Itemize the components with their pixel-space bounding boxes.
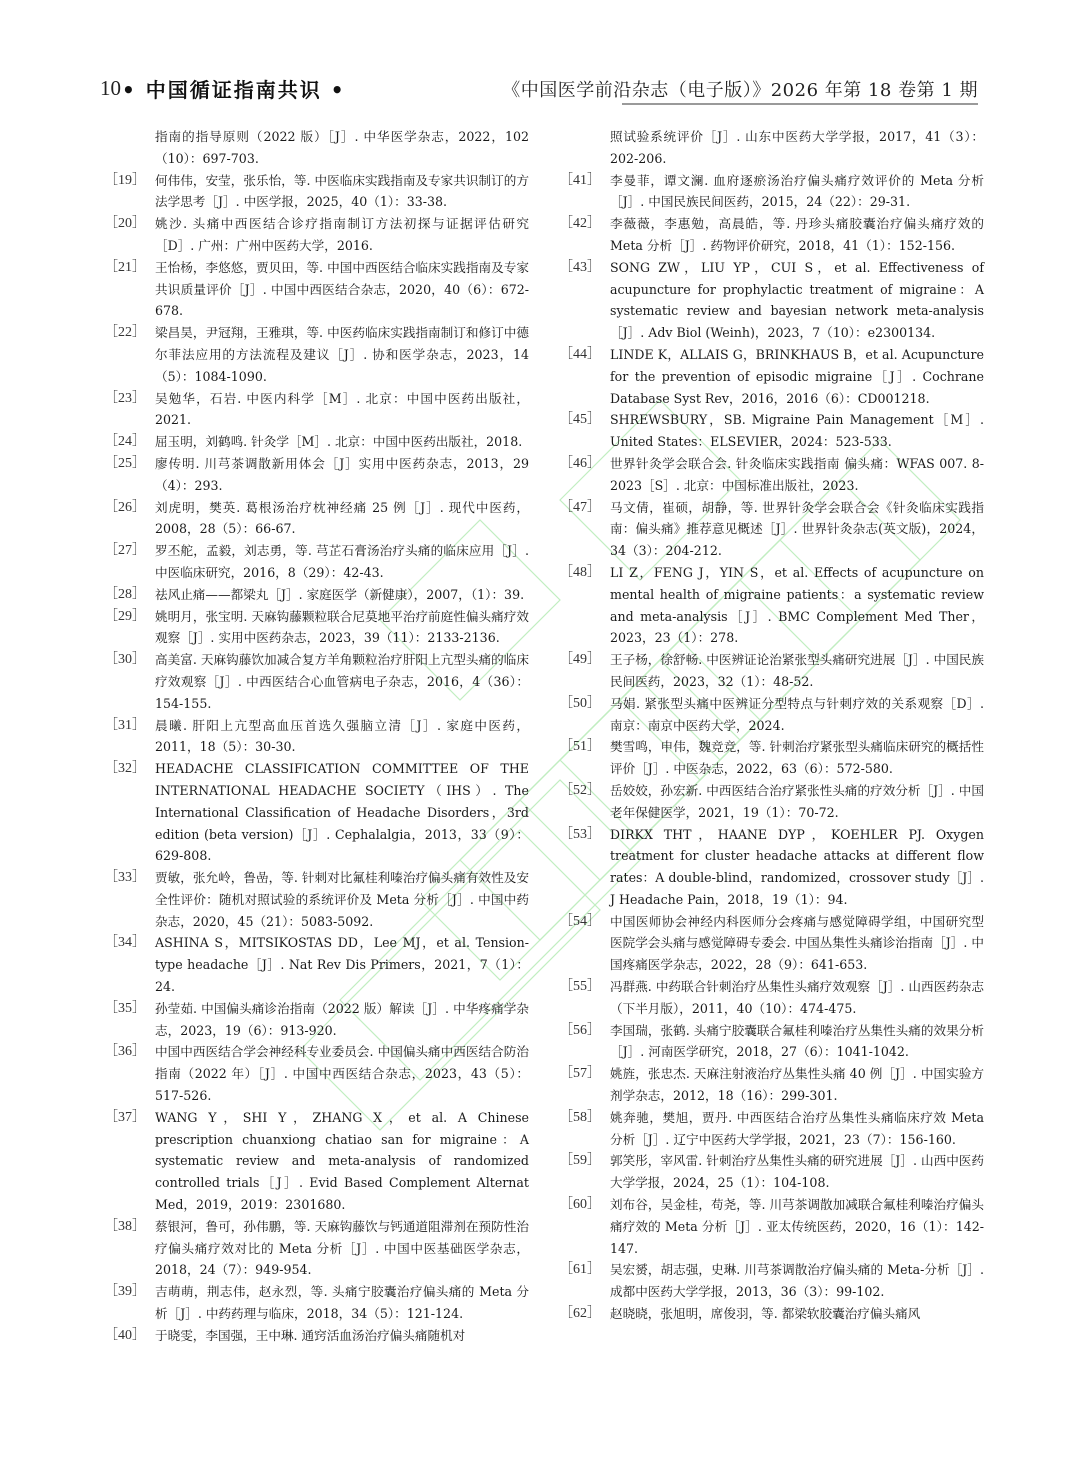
reference-entry: ［40］于晓雯，李国强，王中琳. 通窍活血汤治疗偏头痛随机对	[104, 1325, 529, 1347]
reference-text: HEADACHE CLASSIFICATION COMMITTEE OF THE…	[155, 758, 529, 867]
reference-text: 吉萌萌，荆志伟，赵永烈，等. 头痛宁胶囊治疗偏头痛的 Meta 分析［J］. 中…	[155, 1281, 529, 1325]
reference-number: ［55］	[559, 976, 601, 998]
reference-text: 贾敏，张允岭，鲁嵒，等. 针刺对比氟桂利嗪治疗偏头痛有效性及安全性评价：随机对照…	[155, 867, 529, 932]
reference-text: LI Z，FENG J，YIN S，et al. Effects of acup…	[610, 562, 984, 649]
reference-text: 罗丕舵，孟毅，刘志勇，等. 芎芷石膏汤治疗头痛的临床应用［J］. 中医临床研究，…	[155, 540, 529, 584]
reference-entry: ［53］DIRKX THT，HAANE DYP，KOEHLER PJ. Oxyg…	[559, 824, 984, 911]
reference-number: ［31］	[104, 715, 146, 737]
header-rule	[622, 103, 978, 105]
reference-entry: ［29］姚明月，张宝明. 天麻钩藤颗粒联合尼莫地平治疗前庭性偏头痛疗效观察［J］…	[104, 606, 529, 650]
reference-text: 刘虎明，樊英. 葛根汤治疗枕神经痛 25 例［J］. 现代中医药，2008，28…	[155, 497, 529, 541]
reference-entry: ［34］ASHINA S，MITSIKOSTAS DD，Lee MJ，et al…	[104, 932, 529, 997]
reference-entry: ［33］贾敏，张允岭，鲁嵒，等. 针刺对比氟桂利嗪治疗偏头痛有效性及安全性评价：…	[104, 867, 529, 932]
reference-number: ［48］	[559, 562, 601, 584]
reference-entry: ［51］樊雪鸣，申伟，魏竞竞，等. 针刺治疗紧张型头痛临床研究的概括性评价［J］…	[559, 736, 984, 780]
reference-continuation: 指南的指导原则（2022 版）［J］. 中华医学杂志，2022，102（10）：…	[104, 126, 529, 170]
reference-number: ［53］	[559, 824, 601, 846]
reference-number: ［43］	[559, 257, 601, 279]
reference-number: ［52］	[559, 780, 601, 802]
reference-entry: ［21］王怡杨，李悠悠，贾贝田，等. 中国中西医结合临床实践指南及专家共识质量评…	[104, 257, 529, 322]
reference-text: 吴勉华，石岩. 中医内科学［M］. 北京：中国中医药出版社，2021.	[155, 388, 529, 432]
reference-number: ［60］	[559, 1194, 601, 1216]
reference-text: 李曼菲，谭文澜. 血府逐瘀汤治疗偏头痛疗效评价的 Meta 分析［J］. 中国民…	[610, 170, 984, 214]
reference-entry: ［24］屈玉明，刘鹤鸣. 针灸学［M］. 北京：中国中医药出版社，2018.	[104, 431, 529, 453]
reference-number: ［44］	[559, 344, 601, 366]
reference-entry: ［19］何伟伟，安莹，张乐怡，等. 中医临床实践指南及专家共识制订的方法学思考［…	[104, 170, 529, 214]
reference-entry: ［56］李国瑞，张鹤. 头痛宁胶囊联合氟桂利嗪治疗丛集性头痛的效果分析［J］. …	[559, 1020, 984, 1064]
reference-entry: ［30］高美富. 天麻钩藤饮加减合复方羊角颗粒治疗肝阳上亢型头痛的临床疗效观察［…	[104, 649, 529, 714]
reference-text: ASHINA S，MITSIKOSTAS DD，Lee MJ，et al. Te…	[155, 932, 529, 997]
reference-entry: ［39］吉萌萌，荆志伟，赵永烈，等. 头痛宁胶囊治疗偏头痛的 Meta 分析［J…	[104, 1281, 529, 1325]
references-right-column: 照试验系统评价［J］. 山东中医药大学学报，2017，41（3）：202-206…	[559, 126, 984, 1325]
reference-text: 李薇薇，李惠勉，高晨皓，等. 丹珍头痛胶囊治疗偏头痛疗效的 Meta 分析［J］…	[610, 213, 984, 257]
reference-entry: ［36］中国中西医结合学会神经科专业委员会. 中国偏头痛中西医结合防治指南（20…	[104, 1041, 529, 1106]
reference-number: ［58］	[559, 1107, 601, 1129]
page-header: 10 • 中国循证指南共识 • 《中国医学前沿杂志（电子版）》2026 年第 1…	[100, 74, 978, 104]
reference-text: 晨曦. 肝阳上亢型高血压首选久强脑立清［J］. 家庭中医药，2011，18（5）…	[155, 715, 529, 759]
reference-text: 王怡杨，李悠悠，贾贝田，等. 中国中西医结合临床实践指南及专家共识质量评价［J］…	[155, 257, 529, 322]
reference-number: ［62］	[559, 1303, 601, 1325]
reference-entry: ［54］中国医师协会神经内科医师分会疼痛与感觉障碍学组，中国研究型医院学会头痛与…	[559, 911, 984, 976]
reference-number: ［40］	[104, 1325, 146, 1347]
reference-entry: ［49］王子杨，徐舒畅. 中医辨证论治紧张型头痛研究进展［J］. 中国民族民间医…	[559, 649, 984, 693]
reference-entry: ［25］廖传明. 川芎茶调散新用体会［J］实用中医药杂志，2013，29（4）：…	[104, 453, 529, 497]
reference-text: 岳姣姣，孙宏新. 中西医结合治疗紧张性头痛的疗效分析［J］. 中国老年保健医学，…	[610, 780, 984, 824]
reference-text: 姚沙. 头痛中西医结合诊疗指南制订方法初探与证据评估研究［D］. 广州：广州中医…	[155, 213, 529, 257]
reference-entry: ［52］岳姣姣，孙宏新. 中西医结合治疗紧张性头痛的疗效分析［J］. 中国老年保…	[559, 780, 984, 824]
reference-entry: ［22］梁昌昊，尹冠翔，王雅琪，等. 中医药临床实践指南制订和修订中德尔菲法应用…	[104, 322, 529, 387]
reference-number: ［38］	[104, 1216, 146, 1238]
section-title: • 中国循证指南共识 •	[122, 74, 346, 103]
reference-entry: ［38］蔡银河，鲁可，孙伟鹏，等. 天麻钩藤饮与钙通道阻滞剂在预防性治疗偏头痛疗…	[104, 1216, 529, 1281]
reference-text: 屈玉明，刘鹤鸣. 针灸学［M］. 北京：中国中医药出版社，2018.	[155, 431, 529, 453]
reference-text: DIRKX THT，HAANE DYP，KOEHLER PJ. Oxygen t…	[610, 824, 984, 911]
reference-number: ［54］	[559, 911, 601, 933]
reference-entry: ［59］郭笑彤，宰风雷. 针刺治疗丛集性头痛的研究进展［J］. 山西中医药大学学…	[559, 1150, 984, 1194]
page-number: 10	[100, 76, 121, 101]
reference-number: ［20］	[104, 213, 146, 235]
reference-entry: ［44］LINDE K，ALLAIS G，BRINKHAUS B，et al. …	[559, 344, 984, 409]
reference-entry: ［46］世界针灸学会联合会. 针灸临床实践指南 偏头痛：WFAS 007. 8-…	[559, 453, 984, 497]
reference-entry: ［26］刘虎明，樊英. 葛根汤治疗枕神经痛 25 例［J］. 现代中医药，200…	[104, 497, 529, 541]
reference-text: 何伟伟，安莹，张乐怡，等. 中医临床实践指南及专家共识制订的方法学思考［J］. …	[155, 170, 529, 214]
reference-number: ［27］	[104, 540, 146, 562]
reference-number: ［26］	[104, 497, 146, 519]
reference-entry: ［20］姚沙. 头痛中西医结合诊疗指南制订方法初探与证据评估研究［D］. 广州：…	[104, 213, 529, 257]
reference-text: 樊雪鸣，申伟，魏竞竞，等. 针刺治疗紧张型头痛临床研究的概括性评价［J］. 中医…	[610, 736, 984, 780]
reference-entry: ［37］WANG Y，SHI Y，ZHANG X，et al. A Chines…	[104, 1107, 529, 1216]
reference-text: SONG ZW，LIU YP，CUI S，et al. Effectivenes…	[610, 257, 984, 344]
reference-entry: ［42］李薇薇，李惠勉，高晨皓，等. 丹珍头痛胶囊治疗偏头痛疗效的 Meta 分…	[559, 213, 984, 257]
reference-number: ［30］	[104, 649, 146, 671]
reference-text: 照试验系统评价［J］. 山东中医药大学学报，2017，41（3）：202-206…	[610, 126, 984, 170]
reference-text: 马文倩，崔硕，胡静，等. 世界针灸学会联合会《针灸临床实践指南：偏头痛》推荐意见…	[610, 497, 984, 562]
reference-number: ［50］	[559, 693, 601, 715]
reference-text: 孙莹茹. 中国偏头痛诊治指南（2022 版）解读［J］. 中华疼痛学杂志，202…	[155, 998, 529, 1042]
reference-number: ［33］	[104, 867, 146, 889]
reference-entry: ［48］LI Z，FENG J，YIN S，et al. Effects of …	[559, 562, 984, 649]
reference-text: 姚奔驰，樊旭，贾丹. 中西医结合治疗丛集性头痛临床疗效 Meta 分析［J］. …	[610, 1107, 984, 1151]
reference-text: 刘布谷，吴金桂，苟尧，等. 川芎茶调散加减联合氟桂利嗪治疗偏头痛疗效的 Meta…	[610, 1194, 984, 1259]
reference-entry: ［41］李曼菲，谭文澜. 血府逐瘀汤治疗偏头痛疗效评价的 Meta 分析［J］.…	[559, 170, 984, 214]
reference-text: 姚明月，张宝明. 天麻钩藤颗粒联合尼莫地平治疗前庭性偏头痛疗效观察［J］. 实用…	[155, 606, 529, 650]
reference-text: SHREWSBURY，SB. Migraine Pain Management［…	[610, 409, 984, 453]
reference-entry: ［60］刘布谷，吴金桂，苟尧，等. 川芎茶调散加减联合氟桂利嗪治疗偏头痛疗效的 …	[559, 1194, 984, 1259]
reference-entry: ［27］罗丕舵，孟毅，刘志勇，等. 芎芷石膏汤治疗头痛的临床应用［J］. 中医临…	[104, 540, 529, 584]
reference-text: WANG Y，SHI Y，ZHANG X，et al. A Chinese pr…	[155, 1107, 529, 1216]
reference-entry: ［62］赵晓晓，张旭明，席俊羽，等. 都梁软胶囊治疗偏头痛风	[559, 1303, 984, 1325]
reference-continuation: 照试验系统评价［J］. 山东中医药大学学报，2017，41（3）：202-206…	[559, 126, 984, 170]
reference-number: ［51］	[559, 736, 601, 758]
reference-entry: ［23］吴勉华，石岩. 中医内科学［M］. 北京：中国中医药出版社，2021.	[104, 388, 529, 432]
reference-entry: ［61］吴宏赟，胡志强，史琳. 川芎茶调散治疗偏头痛的 Meta-分析［J］. …	[559, 1259, 984, 1303]
reference-text: 中国中西医结合学会神经科专业委员会. 中国偏头痛中西医结合防治指南（2022 年…	[155, 1041, 529, 1106]
reference-entry: ［55］冯群燕. 中药联合针刺治疗丛集性头痛疗效观察［J］. 山西医药杂志（下半…	[559, 976, 984, 1020]
reference-number: ［57］	[559, 1063, 601, 1085]
reference-entry: ［31］晨曦. 肝阳上亢型高血压首选久强脑立清［J］. 家庭中医药，2011，1…	[104, 715, 529, 759]
reference-number: ［25］	[104, 453, 146, 475]
reference-number: ［35］	[104, 998, 146, 1020]
reference-number: ［56］	[559, 1020, 601, 1042]
reference-number: ［28］	[104, 584, 146, 606]
reference-text: 蔡银河，鲁可，孙伟鹏，等. 天麻钩藤饮与钙通道阻滞剂在预防性治疗偏头痛疗效对比的…	[155, 1216, 529, 1281]
reference-text: 冯群燕. 中药联合针刺治疗丛集性头痛疗效观察［J］. 山西医药杂志（下半月版），…	[610, 976, 984, 1020]
reference-number: ［59］	[559, 1150, 601, 1172]
reference-text: 姚旌，张忠杰. 天麻注射液治疗丛集性头痛 40 例［J］. 中国实验方剂学杂志，…	[610, 1063, 984, 1107]
reference-number: ［61］	[559, 1259, 601, 1281]
reference-text: 指南的指导原则（2022 版）［J］. 中华医学杂志，2022，102（10）：…	[155, 126, 529, 170]
reference-number: ［19］	[104, 170, 146, 192]
reference-entry: ［35］孙莹茹. 中国偏头痛诊治指南（2022 版）解读［J］. 中华疼痛学杂志…	[104, 998, 529, 1042]
reference-text: LINDE K，ALLAIS G，BRINKHAUS B，et al. Acup…	[610, 344, 984, 409]
references-left-column: 指南的指导原则（2022 版）［J］. 中华医学杂志，2022，102（10）：…	[104, 126, 529, 1347]
reference-text: 祛风止痛——都梁丸［J］. 家庭医学（新健康），2007，（1）：39.	[155, 584, 529, 606]
reference-text: 赵晓晓，张旭明，席俊羽，等. 都梁软胶囊治疗偏头痛风	[610, 1303, 984, 1325]
reference-text: 于晓雯，李国强，王中琳. 通窍活血汤治疗偏头痛随机对	[155, 1325, 529, 1347]
reference-number: ［36］	[104, 1041, 146, 1063]
reference-entry: ［28］祛风止痛——都梁丸［J］. 家庭医学（新健康），2007，（1）：39.	[104, 584, 529, 606]
reference-number: ［34］	[104, 932, 146, 954]
reference-number: ［47］	[559, 497, 601, 519]
reference-entry: ［43］SONG ZW，LIU YP，CUI S，et al. Effectiv…	[559, 257, 984, 344]
reference-number: ［45］	[559, 409, 601, 431]
reference-number: ［41］	[559, 170, 601, 192]
reference-number: ［21］	[104, 257, 146, 279]
reference-text: 梁昌昊，尹冠翔，王雅琪，等. 中医药临床实践指南制订和修订中德尔菲法应用的方法流…	[155, 322, 529, 387]
reference-entry: ［58］姚奔驰，樊旭，贾丹. 中西医结合治疗丛集性头痛临床疗效 Meta 分析［…	[559, 1107, 984, 1151]
reference-text: 郭笑彤，宰风雷. 针刺治疗丛集性头痛的研究进展［J］. 山西中医药大学学报，20…	[610, 1150, 984, 1194]
reference-text: 吴宏赟，胡志强，史琳. 川芎茶调散治疗偏头痛的 Meta-分析［J］. 成都中医…	[610, 1259, 984, 1303]
reference-text: 马娟. 紧张型头痛中医辨证分型特点与针刺疗效的关系观察［D］. 南京：南京中医药…	[610, 693, 984, 737]
reference-number: ［32］	[104, 758, 146, 780]
reference-number: ［39］	[104, 1281, 146, 1303]
reference-entry: ［32］HEADACHE CLASSIFICATION COMMITTEE OF…	[104, 758, 529, 867]
reference-number: ［22］	[104, 322, 146, 344]
reference-entry: ［57］姚旌，张忠杰. 天麻注射液治疗丛集性头痛 40 例［J］. 中国实验方剂…	[559, 1063, 984, 1107]
reference-number: ［37］	[104, 1107, 146, 1129]
reference-number: ［42］	[559, 213, 601, 235]
reference-entry: ［47］马文倩，崔硕，胡静，等. 世界针灸学会联合会《针灸临床实践指南：偏头痛》…	[559, 497, 984, 562]
reference-text: 李国瑞，张鹤. 头痛宁胶囊联合氟桂利嗪治疗丛集性头痛的效果分析［J］. 河南医学…	[610, 1020, 984, 1064]
journal-title: 《中国医学前沿杂志（电子版）》2026 年第 18 卷第 1 期	[502, 76, 978, 102]
reference-number: ［29］	[104, 606, 146, 628]
reference-number: ［46］	[559, 453, 601, 475]
reference-entry: ［45］SHREWSBURY，SB. Migraine Pain Managem…	[559, 409, 984, 453]
reference-number: ［24］	[104, 431, 146, 453]
reference-text: 中国医师协会神经内科医师分会疼痛与感觉障碍学组，中国研究型医院学会头痛与感觉障碍…	[610, 911, 984, 976]
reference-number: ［23］	[104, 388, 146, 410]
reference-entry: ［50］马娟. 紧张型头痛中医辨证分型特点与针刺疗效的关系观察［D］. 南京：南…	[559, 693, 984, 737]
reference-text: 王子杨，徐舒畅. 中医辨证论治紧张型头痛研究进展［J］. 中国民族民间医药，20…	[610, 649, 984, 693]
reference-number: ［49］	[559, 649, 601, 671]
reference-text: 高美富. 天麻钩藤饮加减合复方羊角颗粒治疗肝阳上亢型头痛的临床疗效观察［J］. …	[155, 649, 529, 714]
reference-text: 世界针灸学会联合会. 针灸临床实践指南 偏头痛：WFAS 007. 8-2023…	[610, 453, 984, 497]
reference-text: 廖传明. 川芎茶调散新用体会［J］实用中医药杂志，2013，29（4）：293.	[155, 453, 529, 497]
